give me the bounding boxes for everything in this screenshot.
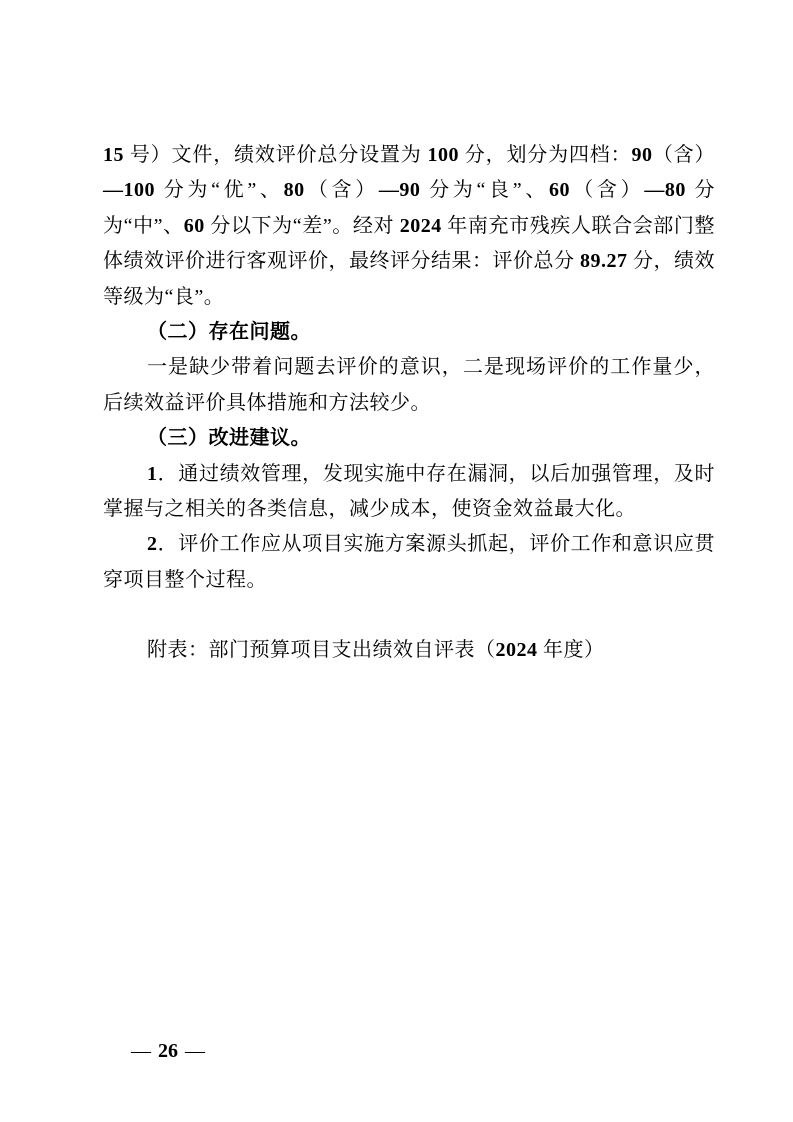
emphasis-text-run: 2 bbox=[147, 533, 158, 555]
emphasis-text-run: —100 bbox=[103, 179, 155, 201]
text-run: （含） bbox=[305, 179, 379, 201]
text-run: 附表：部门预算项目支出绩效自评表（ bbox=[147, 639, 496, 661]
paragraph-suggestion-1: 1．通过绩效管理，发现实施中存在漏洞，以后加强管理，及时掌握与之相关的各类信息，… bbox=[103, 457, 715, 528]
heading-existing-problems: （二）存在问题。 bbox=[103, 315, 715, 350]
emphasis-text-run: 100 bbox=[427, 144, 459, 166]
emphasis-text-run: 2024 bbox=[496, 639, 538, 661]
document-body: 15 号）文件，绩效评价总分设置为 100 分，划分为四档：90（含）—100 … bbox=[103, 138, 715, 669]
text-run: ．评价工作应从项目实施方案源头抓起，评价工作和意识应贯穿项目整个过程。 bbox=[103, 533, 715, 590]
emphasis-text-run: 90 bbox=[632, 144, 653, 166]
emphasis-text-run: 1 bbox=[147, 463, 158, 485]
emphasis-text-run: 60 bbox=[184, 215, 205, 237]
text-run: 年度） bbox=[538, 639, 605, 661]
paragraph-suggestion-2: 2．评价工作应从项目实施方案源头抓起，评价工作和意识应贯穿项目整个过程。 bbox=[103, 527, 715, 598]
emphasis-text-run: （三）改进建议。 bbox=[147, 427, 311, 449]
text-run: （含） bbox=[653, 144, 716, 166]
text-run: ．通过绩效管理，发现实施中存在漏洞，以后加强管理，及时掌握与之相关的各类信息，减… bbox=[103, 463, 715, 520]
text-run: 号）文件，绩效评价总分设置为 bbox=[124, 144, 427, 166]
emphasis-text-run: 80 bbox=[284, 179, 305, 201]
emphasis-text-run: —80 bbox=[644, 179, 686, 201]
emphasis-text-run: 89.27 bbox=[580, 250, 628, 272]
paragraph-attachment-note: 附表：部门预算项目支出绩效自评表（2024 年度） bbox=[103, 633, 715, 668]
emphasis-text-run: （二）存在问题。 bbox=[147, 321, 311, 343]
emphasis-text-run: 2024 bbox=[400, 215, 442, 237]
paragraph-problems: 一是缺少带着问题去评价的意识，二是现场评价的工作量少，后续效益评价具体措施和方法… bbox=[103, 350, 715, 421]
page-number-dash-right: — bbox=[185, 1040, 205, 1062]
emphasis-text-run: —90 bbox=[379, 179, 421, 201]
emphasis-text-run: 60 bbox=[549, 179, 570, 201]
text-run: 分以下为“差”。经对 bbox=[205, 215, 400, 237]
text-run: 分为“优”、 bbox=[155, 179, 284, 201]
page-number-value: 26 bbox=[151, 1040, 185, 1062]
text-run: （含） bbox=[570, 179, 644, 201]
text-run: 分，划分为四档： bbox=[459, 144, 632, 166]
document-page: 15 号）文件，绩效评价总分设置为 100 分，划分为四档：90（含）—100 … bbox=[0, 0, 793, 1122]
emphasis-text-run: 15 bbox=[103, 144, 124, 166]
page-number-dash-left: — bbox=[131, 1040, 151, 1062]
text-run: 一是缺少带着问题去评价的意识，二是现场评价的工作量少，后续效益评价具体措施和方法… bbox=[103, 356, 715, 413]
heading-improvement-suggestions: （三）改进建议。 bbox=[103, 421, 715, 456]
paragraph-score-bands: 15 号）文件，绩效评价总分设置为 100 分，划分为四档：90（含）—100 … bbox=[103, 138, 715, 315]
page-number: —26— bbox=[131, 1037, 205, 1065]
text-run: 分为“良”、 bbox=[420, 179, 549, 201]
